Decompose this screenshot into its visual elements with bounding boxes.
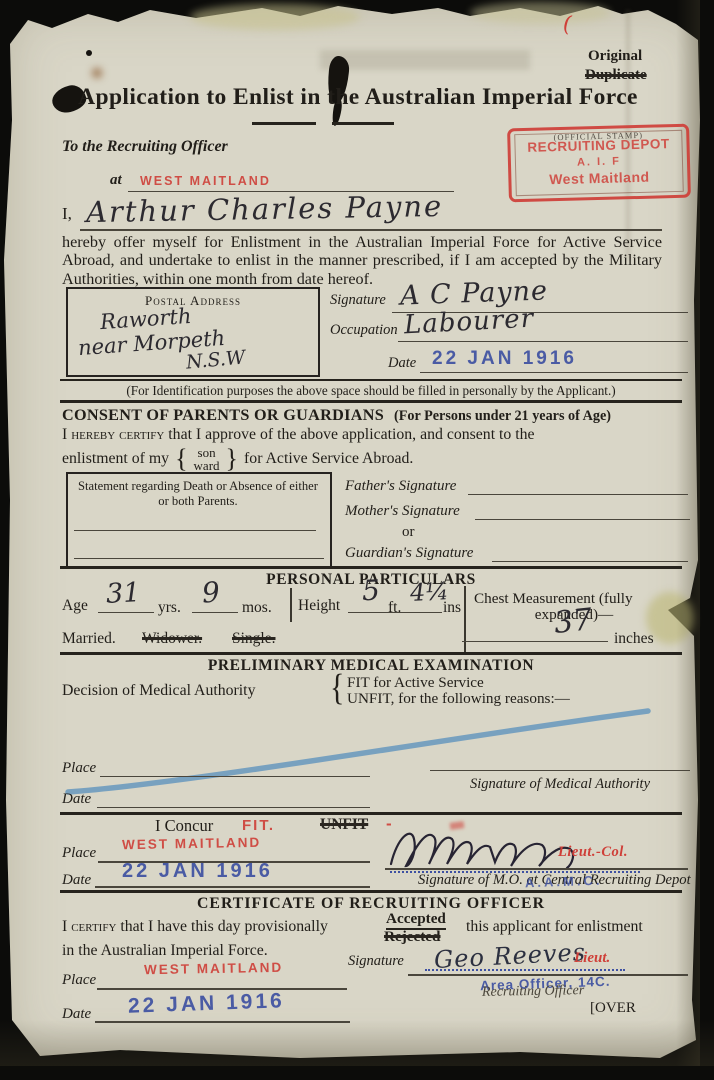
salutation: To the Recruiting Officer	[62, 138, 228, 156]
father-signature-line	[468, 494, 688, 495]
consent-heading: CONSENT OF PARENTS OR GUARDIANS	[62, 406, 384, 424]
concur-place-label: Place	[62, 845, 96, 862]
mother-signature-line	[475, 519, 690, 520]
recruiting-officer-caption: Recruiting Officer	[482, 983, 585, 1001]
height-line	[348, 612, 442, 613]
certificate-signature-dotted-line	[425, 969, 625, 971]
duplicate-label: Duplicate	[585, 67, 647, 84]
certificate-place-stamp: WEST MAITLAND	[144, 960, 283, 977]
name-underline	[80, 229, 662, 231]
concur-date-label: Date	[62, 872, 91, 889]
height-label: Height	[298, 597, 340, 615]
single-label: Single.	[232, 630, 276, 648]
certificate-line1-mid: that I have this day provisionally	[120, 918, 328, 935]
postal-address-line3-handwriting: N.S.W	[185, 346, 246, 373]
column-divider	[464, 586, 466, 652]
concur-date-stamp: 22 JAN 1916	[122, 860, 273, 883]
date-line	[420, 372, 688, 373]
date-stamp: 22 JAN 1916	[432, 348, 577, 370]
consent-line1: I hereby certify that I approve of the a…	[62, 426, 662, 444]
occupation-line	[398, 341, 688, 342]
rejected-label: Rejected	[384, 928, 441, 946]
widower-label: Widower.	[142, 630, 202, 648]
chest-value-line	[462, 641, 608, 642]
age-months-line	[192, 612, 238, 613]
mo-rank-stamp: Lieut.-Col.	[558, 844, 628, 861]
medical-date-label: Date	[62, 791, 91, 808]
ft-label: ft.	[388, 599, 401, 617]
consent-line2-post: for Active Service Abroad.	[244, 450, 413, 468]
certificate-place-line	[97, 988, 347, 990]
title-underline	[252, 122, 316, 125]
over-label: [OVER	[590, 1000, 636, 1017]
consent-heading-row: CONSENT OF PARENTS OR GUARDIANS (For Per…	[62, 406, 672, 425]
declaration-paragraph: hereby offer myself for Enlistment in th…	[62, 233, 662, 288]
chest-value-handwriting: 37	[552, 602, 594, 641]
age-years-handwriting: 31	[105, 577, 141, 610]
i-concur-label: I Concur	[155, 816, 213, 836]
son-ward-stack: son ward	[194, 446, 220, 472]
date-label: Date	[388, 355, 416, 372]
yrs-label: yrs.	[158, 599, 181, 617]
concur-place-stamp: WEST MAITLAND	[122, 835, 261, 852]
ink-speck-icon	[86, 50, 92, 56]
statement-box-label: Statement regarding Death or Absence of …	[76, 479, 320, 509]
title-underline	[332, 122, 394, 125]
age-years-line	[98, 612, 154, 613]
page-title: Application to Enlist in the Australian …	[58, 84, 658, 111]
at-place-stamp: WEST MAITLAND	[140, 174, 271, 188]
postal-address-box: Postal Address Raworth near Morpeth N.S.…	[66, 287, 320, 377]
certificate-line2: in the Australian Imperial Force.	[62, 942, 268, 960]
statement-blank-line	[74, 530, 316, 531]
married-label: Married.	[62, 630, 116, 648]
medical-place-line	[100, 776, 370, 777]
medical-place-label: Place	[62, 760, 96, 777]
column-divider	[290, 588, 292, 622]
brace-open: {	[175, 444, 187, 474]
certificate-line1-end: this applicant for enlistment	[466, 918, 643, 936]
medical-date-line	[97, 807, 370, 808]
concur-date-line	[95, 886, 370, 888]
aamc-stamp: A.A.M.C.	[525, 873, 603, 891]
section-rule	[60, 812, 682, 815]
accepted-label: Accepted	[386, 910, 446, 930]
consent-heading-note: (For Persons under 21 years of Age)	[394, 408, 611, 424]
guardian-signature-line	[492, 561, 688, 562]
statement-box: Statement regarding Death or Absence of …	[66, 472, 332, 568]
consent-line2: enlistment of my { son ward } for Active…	[62, 444, 662, 474]
or-label: or	[402, 524, 415, 541]
father-signature-label: Father's Signature	[345, 478, 456, 495]
certificate-heading: CERTIFICATE OF RECRUITING OFFICER	[60, 895, 682, 913]
age-months-handwriting: 9	[201, 575, 221, 609]
signature-label: Signature	[330, 292, 386, 309]
decision-label: Decision of Medical Authority	[62, 682, 255, 700]
original-label: Original	[588, 48, 642, 65]
scanned-enlistment-form: Original Duplicate ( Application to Enli…	[0, 0, 714, 1080]
at-label: at	[110, 172, 122, 189]
inches-label: inches	[614, 630, 654, 648]
section-rule	[60, 400, 682, 403]
postal-address-label: Postal Address	[68, 293, 318, 309]
certificate-certify-prefix: I certify	[62, 918, 116, 935]
decision-brace: {	[330, 667, 344, 710]
medical-signature-line	[430, 770, 690, 771]
official-stamp: (OFFICIAL STAMP) RECRUITING DEPOT A. I. …	[507, 124, 691, 203]
occupation-label: Occupation	[330, 322, 398, 339]
consent-certify-prefix: I hereby certify	[62, 426, 164, 443]
certificate-signature-label: Signature	[348, 953, 404, 970]
fit-stamp: FIT.	[242, 817, 275, 834]
identification-note: (For Identification purposes the above s…	[60, 383, 682, 399]
certificate-place-label: Place	[62, 972, 96, 989]
section-rule	[60, 566, 682, 569]
certificate-line1: I certify that I have this day provision…	[62, 918, 328, 936]
consent-line2-pre: enlistment of my	[62, 450, 169, 468]
unfit-struck: UNFIT	[320, 816, 368, 834]
unfit-option: UNFIT, for the following reasons:—	[347, 690, 570, 708]
section-rule	[60, 652, 682, 655]
i-prefix: I,	[62, 204, 72, 224]
medical-heading: PRELIMINARY MEDICAL EXAMINATION	[60, 657, 682, 675]
ins-label: ins	[443, 599, 461, 617]
recruiting-officer-rank-stamp: Lieut.	[574, 950, 610, 967]
mos-label: mos.	[242, 599, 272, 617]
mo-signature-line	[385, 868, 688, 870]
height-feet-handwriting: 5	[361, 574, 380, 608]
certificate-date-label: Date	[62, 1006, 91, 1023]
section-rule	[60, 890, 682, 893]
consent-line1-rest: that I approve of the above application,…	[168, 426, 534, 443]
mother-signature-label: Mother's Signature	[345, 503, 460, 520]
guardian-signature-label: Guardian's Signature	[345, 545, 473, 562]
age-label: Age	[62, 597, 88, 615]
ward-label: ward	[194, 459, 220, 472]
section-rule	[60, 379, 682, 381]
brace-close: }	[226, 444, 238, 474]
certificate-date-line	[95, 1021, 350, 1023]
statement-blank-line	[74, 558, 324, 559]
medical-signature-caption: Signature of Medical Authority	[430, 776, 690, 793]
applicant-name-handwriting: Arthur Charles Payne	[86, 189, 444, 229]
